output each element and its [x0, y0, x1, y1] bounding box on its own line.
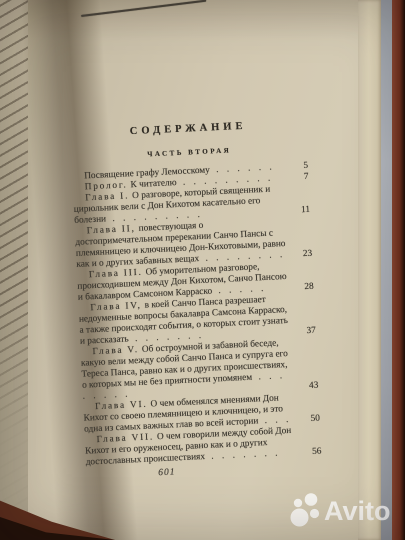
toc-entry-label: Пролог.: [85, 180, 128, 192]
toc-leader-dots: . . . . . . .: [205, 448, 280, 462]
book-photo: СОДЕРЖАНИЕ ЧАСТЬ ВТОРАЯ Посвящение графу…: [0, 0, 405, 540]
toc-entry-page-number: 5: [303, 161, 308, 172]
toc-entry-page-number: 50: [310, 414, 320, 425]
avito-watermark-text: Avito: [324, 491, 391, 531]
toc-leader-dots: . . .: [258, 415, 290, 426]
toc-entry-page-number: 37: [306, 326, 316, 337]
table-of-contents: СОДЕРЖАНИЕ ЧАСТЬ ВТОРАЯ Посвящение графу…: [70, 118, 322, 483]
avito-dots-icon: [289, 491, 323, 531]
book-cover-edge: [392, 0, 405, 540]
toc-entry-page-number: 56: [312, 447, 322, 458]
page-edge: [358, 0, 382, 540]
book-board-edge: [381, 0, 392, 540]
toc-entry-page-number: 43: [309, 381, 319, 392]
toc-entry-page-number: 28: [304, 282, 314, 293]
avito-watermark: Avito: [289, 491, 391, 531]
toc-entry-page-number: 7: [304, 172, 309, 183]
part-heading: ЧАСТЬ ВТОРАЯ: [71, 142, 307, 164]
toc-entry-page-number: 11: [301, 205, 310, 216]
toc-entry-label: Глава I.: [85, 191, 129, 203]
toc-entry-page-number: 23: [303, 249, 313, 260]
